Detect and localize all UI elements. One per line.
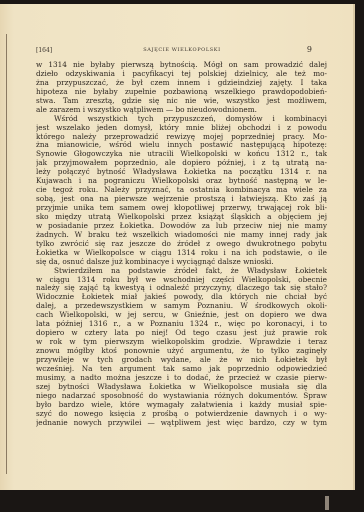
running-title: SAJĘCIE WIELKOPOLSKI [36, 47, 328, 53]
text-line: leży połączyć bytność Władysława Łokietk… [36, 168, 327, 177]
text-line: cie tegoż roku. Należy przyznać, ta osta… [36, 186, 327, 195]
page-number: 9 [307, 45, 312, 54]
text-line: przyjmie unika tem samem owej kłopotliwe… [36, 204, 327, 213]
text-line: w 1314 nie byłaby pierwszą bytnością. Mó… [36, 61, 327, 70]
text-line: jednanie nowych przywilei — wątpliwem je… [36, 419, 327, 428]
text-line: niego nadarzać sposobność do wystawiania… [36, 392, 327, 401]
text-line: cach Wielkopolski, w jej sercu, w Gnieźn… [36, 311, 327, 320]
text-line: dalej, a przedewszystkiem w samym Poznan… [36, 302, 327, 311]
text-line: było bardzo wiele, które wymagały załatw… [36, 401, 327, 410]
text-line: wcześniej. Na ten argument tak samo jak … [36, 365, 327, 374]
text-line: lata później 1316 r., a w Poznaniu 1324 … [36, 320, 327, 329]
text-line: ale zarazem i wszystko wątpliwem — bo ni… [36, 106, 327, 115]
text-line: żadnych. W braku też wszelkich wiadomośc… [36, 231, 327, 240]
text-line: hipoteza nie byłaby zupełnie pozbawioną … [36, 88, 327, 97]
text-line: musimy, a nadto można jeszcze i to dodać… [36, 374, 327, 383]
scan-edge-mark [325, 496, 329, 510]
body-text: w 1314 nie byłaby pierwszą bytnością. Mó… [36, 61, 327, 427]
text-line: przywileje w tych grodach wydane, ale że… [36, 356, 327, 365]
text-line: dzieło odzyskiwania i pacyfikacyi tej po… [36, 70, 327, 79]
text-line: w posiadanie przez Łokietka. Dowodów za … [36, 222, 327, 231]
binding-gutter-line [6, 34, 7, 474]
text-line: w ciągu 1314 roku był we wschodniej częś… [36, 276, 327, 285]
text-line: szyć do nowego księcia z prośbą o potwie… [36, 410, 327, 419]
text-line: dopiero w cztery lata po niej! Od tego c… [36, 329, 327, 338]
text-line: stwa. Tam zresztą, gdzie się nic nie wie… [36, 97, 327, 106]
text-line: Synowie Głogowczyka nie utracili Wielkop… [36, 150, 327, 159]
text-line: jak przyjmowałem poprzednio, ale dopiero… [36, 159, 327, 168]
text-line: sobą, jest ona na pierwsze wejrzenie pro… [36, 195, 327, 204]
text-line: Widocznie Łokietek miał jakieś powody, d… [36, 293, 327, 302]
book-page: [164] SAJĘCIE WIELKOPOLSKI 9 w 1314 nie … [0, 4, 355, 490]
text-line: się da, osnuć dalsze już kombinacye i wy… [36, 258, 327, 267]
text-line: znowu mógłby ktoś ponownie użyć argument… [36, 347, 327, 356]
text-line: Stwierdziłem na podstawie źródeł fakt, ż… [36, 267, 327, 276]
text-line: którego należy przeprowadzić rewizyę moj… [36, 133, 327, 142]
text-line: należy się zająć tą kwestyą i odnaleźć p… [36, 284, 327, 293]
text-line: żna mianowicie, wśród wielu innych posta… [36, 141, 327, 150]
page-header: [164] SAJĘCIE WIELKOPOLSKI 9 [36, 46, 328, 56]
text-line: żna przypuszczać, że był czem innem i gd… [36, 79, 327, 88]
text-line: tylko zwrócić się raz jeszcze do źródeł … [36, 240, 327, 249]
text-line: Kujawach i na pograniczu Wielkopolski or… [36, 177, 327, 186]
text-line: jest wszelako jeden domysł, który mnie b… [36, 124, 327, 133]
text-line: Wśród wszystkich tych przypuszczeń, domy… [36, 115, 327, 124]
text-line: szej bytności Władysława Łokietka w Wiel… [36, 383, 327, 392]
text-line: w rok w tym pierwszym wielkopolskim grod… [36, 338, 327, 347]
text-line: sko między utratą Wielkopolski przez ksi… [36, 213, 327, 222]
text-line: Łokietka w Wielkopolsce w ciągu 1314 rok… [36, 249, 327, 258]
